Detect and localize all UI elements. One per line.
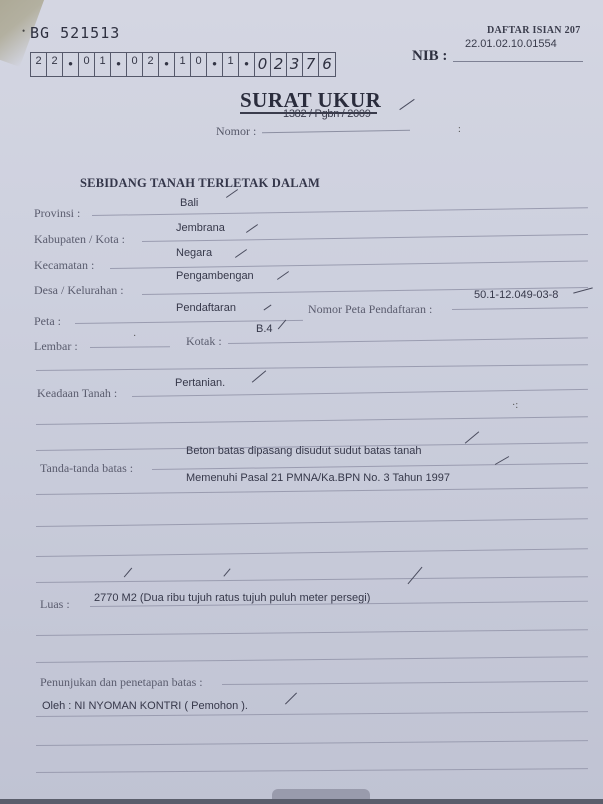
keadaan-tanah-value: Pertanian. xyxy=(175,377,225,389)
check-mark-icon xyxy=(573,287,593,293)
keadaan-tanah-line xyxy=(132,389,588,397)
penunjukan-value: Oleh : NI NYOMAN KONTRI ( Pemohon ). xyxy=(42,700,248,712)
code-box-cell: • xyxy=(111,53,127,76)
bullet-mark: • xyxy=(22,26,25,36)
check-mark-icon xyxy=(264,305,272,311)
nib-label: NIB : xyxy=(412,48,447,65)
ruled-line xyxy=(36,416,588,425)
ruled-line xyxy=(36,518,588,527)
code-box-cell: 6 xyxy=(319,53,335,76)
ruled-line xyxy=(36,768,588,773)
code-box-cell: 2 xyxy=(271,53,287,76)
keadaan-tanah-label: Keadaan Tanah : xyxy=(37,386,117,401)
ruled-line xyxy=(36,740,588,746)
ruled-line xyxy=(36,656,588,663)
code-box-cell: 0 xyxy=(255,53,271,76)
code-box-cell: 0 xyxy=(191,53,207,76)
check-mark-icon xyxy=(124,568,132,578)
nomor-peta-label: Nomor Peta Pendaftaran : xyxy=(308,302,432,317)
page-bottom-edge xyxy=(0,799,603,804)
check-mark-icon xyxy=(246,224,258,233)
document-page: • BG 521513 22•01•02•10•1•02376 DAFTAR I… xyxy=(0,0,603,804)
check-mark-icon xyxy=(223,568,230,576)
code-box-cell: 2 xyxy=(47,53,63,76)
code-box-cell: 3 xyxy=(287,53,303,76)
form-code: DAFTAR ISIAN 207 xyxy=(487,25,581,36)
penunjukan-line xyxy=(222,681,588,685)
code-box-cell: 2 xyxy=(31,53,47,76)
code-box-cell: 1 xyxy=(95,53,111,76)
provinsi-label: Provinsi : xyxy=(34,206,80,221)
desa-value: Pengambengan xyxy=(176,270,254,282)
peta-value: Pendaftaran xyxy=(176,302,236,314)
ruled-line xyxy=(36,364,588,371)
code-boxes: 22•01•02•10•1•02376 xyxy=(30,52,336,77)
code-box-cell: 0 xyxy=(127,53,143,76)
code-box-cell: • xyxy=(159,53,175,76)
kecamatan-label: Kecamatan : xyxy=(34,258,94,273)
provinsi-line xyxy=(92,207,588,216)
nib-underline xyxy=(453,61,583,62)
lembar-label: Lembar : xyxy=(34,339,78,354)
tanda-batas-line-2: Memenuhi Pasal 21 PMNA/Ka.BPN No. 3 Tahu… xyxy=(186,472,450,484)
kotak-line xyxy=(228,337,588,344)
ruled-line xyxy=(36,548,588,557)
location-heading: SEBIDANG TANAH TERLETAK DALAM xyxy=(80,176,320,191)
kabupaten-line xyxy=(142,234,588,242)
surat-ukur-number: 1382 / Pgbn / 2009 xyxy=(283,108,371,120)
nib-value: 22.01.02.10.01554 xyxy=(465,38,557,50)
code-box-cell: • xyxy=(207,53,223,76)
code-box-cell: • xyxy=(63,53,79,76)
check-mark-icon xyxy=(252,370,266,382)
code-box-cell: 1 xyxy=(175,53,191,76)
nomor-peta-line xyxy=(452,307,588,310)
dot-mark: : xyxy=(458,124,461,135)
tanda-batas-line xyxy=(152,463,588,470)
ruled-line xyxy=(36,487,588,495)
serial-number: BG 521513 xyxy=(30,24,120,42)
peta-label: Peta : xyxy=(34,314,61,329)
dot-mark: · xyxy=(133,331,136,342)
check-mark-icon xyxy=(399,99,414,110)
dot-mark: ·: xyxy=(512,400,518,411)
luas-label: Luas : xyxy=(40,597,70,612)
nomor-label: Nomor : xyxy=(216,124,256,139)
code-box-cell: 7 xyxy=(303,53,319,76)
check-mark-icon xyxy=(277,271,289,280)
provinsi-value: Bali xyxy=(180,197,198,209)
code-box-cell: 0 xyxy=(79,53,95,76)
check-mark-icon xyxy=(235,249,247,258)
penunjukan-label: Penunjukan dan penetapan batas : xyxy=(40,675,203,690)
tanda-batas-line-1: Beton batas dipasang disudut sudut batas… xyxy=(186,445,421,457)
ruled-line xyxy=(36,629,588,636)
desa-label: Desa / Kelurahan : xyxy=(34,283,124,298)
code-box-cell: • xyxy=(239,53,255,76)
ruled-line xyxy=(36,711,588,717)
code-box-cell: 2 xyxy=(143,53,159,76)
lembar-line xyxy=(90,346,170,348)
nomor-underline xyxy=(262,130,410,134)
kabupaten-label: Kabupaten / Kota : xyxy=(34,232,125,247)
kotak-label: Kotak : xyxy=(186,334,222,349)
nomor-peta-value: 50.1-12.049-03-8 xyxy=(474,289,558,301)
check-mark-icon xyxy=(465,431,479,443)
ruled-line xyxy=(36,576,588,583)
code-box-cell: 1 xyxy=(223,53,239,76)
check-mark-icon xyxy=(285,692,297,704)
luas-value: 2770 M2 (Dua ribu tujuh ratus tujuh pulu… xyxy=(94,592,370,604)
kabupaten-value: Jembrana xyxy=(176,222,225,234)
kecamatan-value: Negara xyxy=(176,247,212,259)
kecamatan-line xyxy=(110,260,588,269)
kotak-value: B.4 xyxy=(256,323,273,335)
check-mark-icon xyxy=(408,567,423,584)
tanda-batas-label: Tanda-tanda batas : xyxy=(40,461,133,476)
